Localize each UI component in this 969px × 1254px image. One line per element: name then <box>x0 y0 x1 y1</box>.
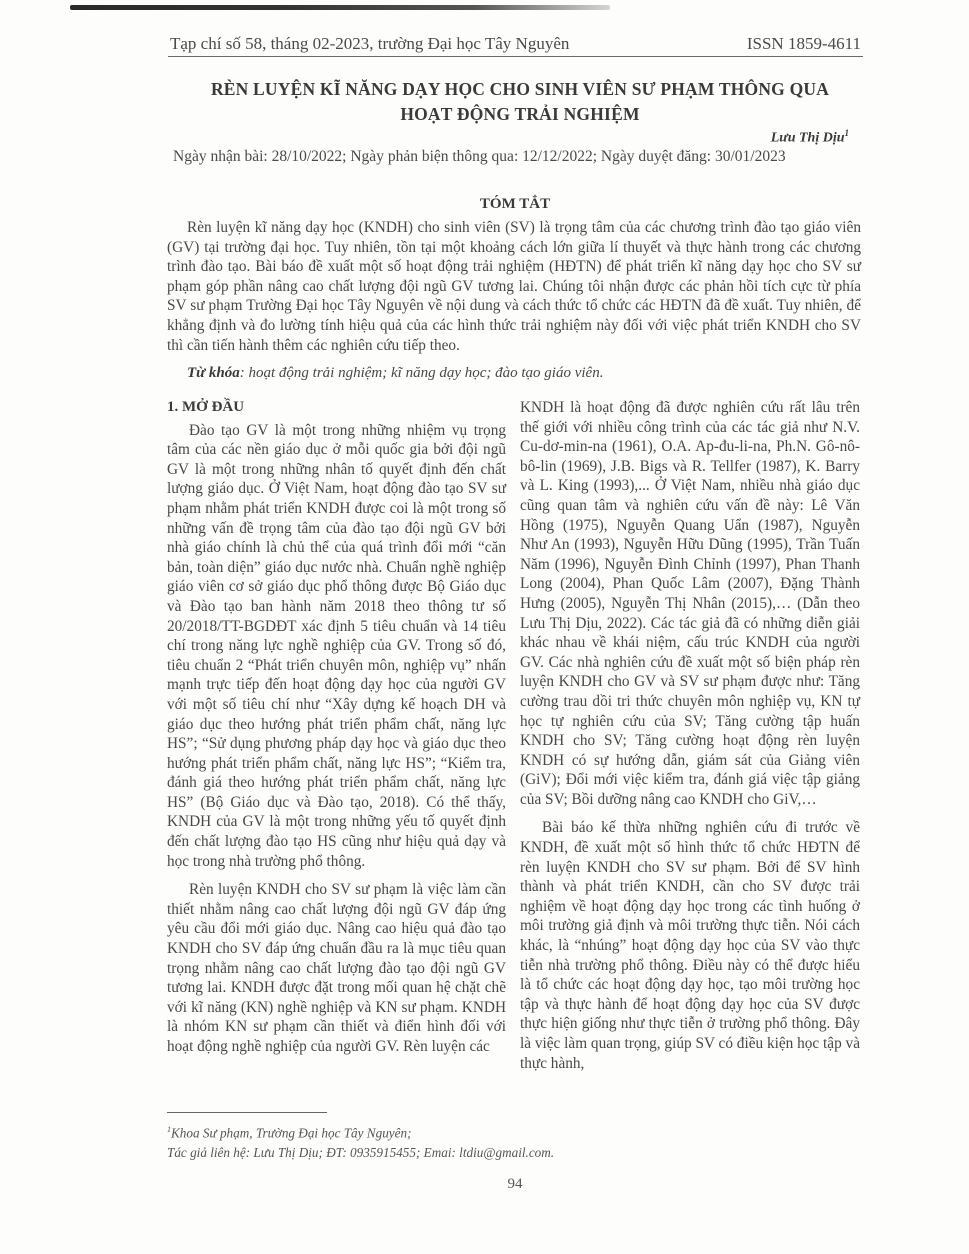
paragraph: Bài báo kế thừa những nghiên cứu đi trướ… <box>520 818 860 1073</box>
issn: ISSN 1859-4611 <box>747 34 861 54</box>
abstract-text: Rèn luyện kĩ năng dạy học (KNDH) cho sin… <box>167 218 861 355</box>
page-number: 94 <box>0 1176 969 1193</box>
right-column: KNDH là hoạt động đã được nghiên cứu rất… <box>520 398 860 1073</box>
title-line-2: HOẠT ĐỘNG TRẢI NGHIỆM <box>160 102 880 127</box>
author-marker: 1 <box>845 128 850 138</box>
left-column: 1. MỞ ĐẦU Đào tạo GV là một trong những … <box>167 398 506 1057</box>
section-heading: 1. MỞ ĐẦU <box>167 398 506 418</box>
footnote-contact: Tác giả liên hệ: Lưu Thị Dịu; ĐT: 093591… <box>167 1143 857 1163</box>
document-page: Tạp chí số 58, tháng 02-2023, trường Đại… <box>0 0 969 1254</box>
keywords-list: : hoạt động trải nghiệm; kĩ năng dạy học… <box>240 365 604 381</box>
footnote-divider <box>167 1112 327 1113</box>
footnote-affiliation: 1Khoa Sư phạm, Trường Đại học Tây Nguyên… <box>167 1120 857 1143</box>
footnotes: 1Khoa Sư phạm, Trường Đại học Tây Nguyên… <box>167 1120 857 1163</box>
journal-info: Tạp chí số 58, tháng 02-2023, trường Đại… <box>170 34 569 54</box>
abstract-heading: TÓM TẮT <box>160 196 870 213</box>
paragraph: Đào tạo GV là một trong những nhiệm vụ t… <box>167 421 506 872</box>
running-header: Tạp chí số 58, tháng 02-2023, trường Đại… <box>168 32 863 57</box>
author-name: Lưu Thị Dịu <box>771 131 845 146</box>
scan-edge-artifact <box>70 5 610 10</box>
article-title: RÈN LUYỆN KĨ NĂNG DẠY HỌC CHO SINH VIÊN … <box>160 77 880 127</box>
keywords-label: Từ khóa <box>187 365 240 381</box>
submission-dates: Ngày nhận bài: 28/10/2022; Ngày phản biệ… <box>173 148 863 166</box>
keywords: Từ khóa: hoạt động trải nghiệm; kĩ năng … <box>187 365 867 382</box>
paragraph: Rèn luyện KNDH cho SV sư phạm là việc là… <box>167 880 506 1056</box>
paragraph: KNDH là hoạt động đã được nghiên cứu rất… <box>520 398 860 809</box>
author: Lưu Thị Dịu1 <box>771 128 849 147</box>
title-line-1: RÈN LUYỆN KĨ NĂNG DẠY HỌC CHO SINH VIÊN … <box>160 77 880 102</box>
